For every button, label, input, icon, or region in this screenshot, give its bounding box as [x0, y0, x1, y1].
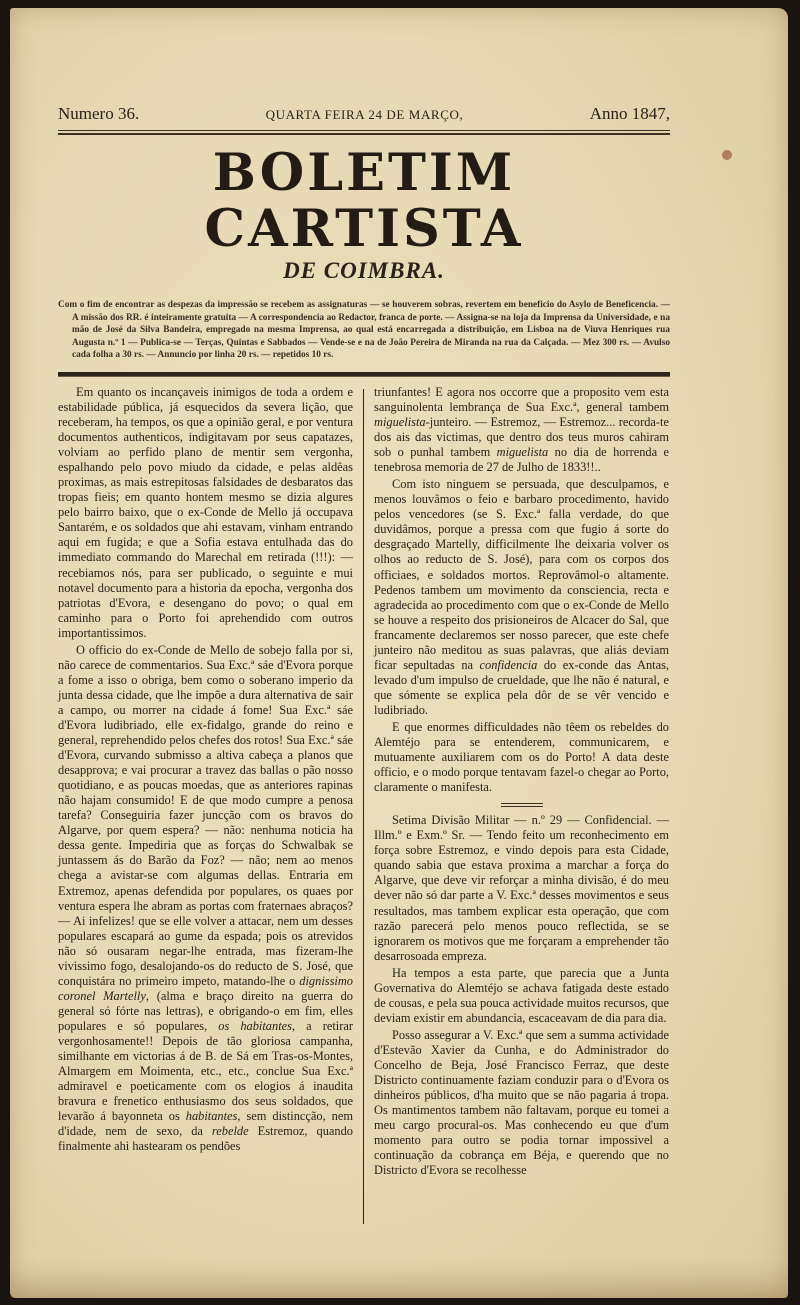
newspaper-page: Numero 36. QUARTA FEIRA 24 DE MARÇO, Ann… — [10, 8, 788, 1298]
subscription-notice: Com o fim de encontrar as despezas da im… — [58, 299, 670, 362]
right-column: triunfantes! E agora nos occorre que a p… — [364, 385, 669, 1224]
paragraph: E que enormes difficuldades não têem os … — [374, 720, 669, 795]
masthead-title: BOLETIM CARTISTA — [58, 145, 670, 257]
header-rule — [58, 130, 670, 135]
issue-year: Anno 1847, — [590, 104, 670, 124]
page-content: Numero 36. QUARTA FEIRA 24 DE MARÇO, Ann… — [58, 104, 670, 1224]
masthead-subtitle: DE COIMBRA. — [58, 257, 670, 285]
masthead-divider — [58, 372, 670, 377]
article-columns: Em quanto os incançaveis inimigos de tod… — [58, 385, 670, 1224]
paragraph: Setima Divisão Militar — n.º 29 — Confid… — [374, 813, 669, 963]
paragraph: Em quanto os incançaveis inimigos de tod… — [58, 385, 353, 641]
paragraph: Com isto ninguem se persuada, que descul… — [374, 477, 669, 718]
left-column: Em quanto os incançaveis inimigos de tod… — [58, 385, 363, 1224]
paragraph: Posso assegurar a V. Exc.ª que sem a sum… — [374, 1028, 669, 1178]
issue-number: Numero 36. — [58, 104, 139, 124]
paper-stain — [722, 150, 732, 160]
issue-header-line: Numero 36. QUARTA FEIRA 24 DE MARÇO, Ann… — [58, 104, 670, 128]
section-separator — [501, 803, 543, 807]
paragraph: Ha tempos a esta parte, que parecia que … — [374, 966, 669, 1026]
paragraph: triunfantes! E agora nos occorre que a p… — [374, 385, 669, 475]
issue-date: QUARTA FEIRA 24 DE MARÇO, — [266, 107, 464, 123]
paragraph: O officio do ex-Conde de Mello de sobejo… — [58, 643, 353, 1155]
